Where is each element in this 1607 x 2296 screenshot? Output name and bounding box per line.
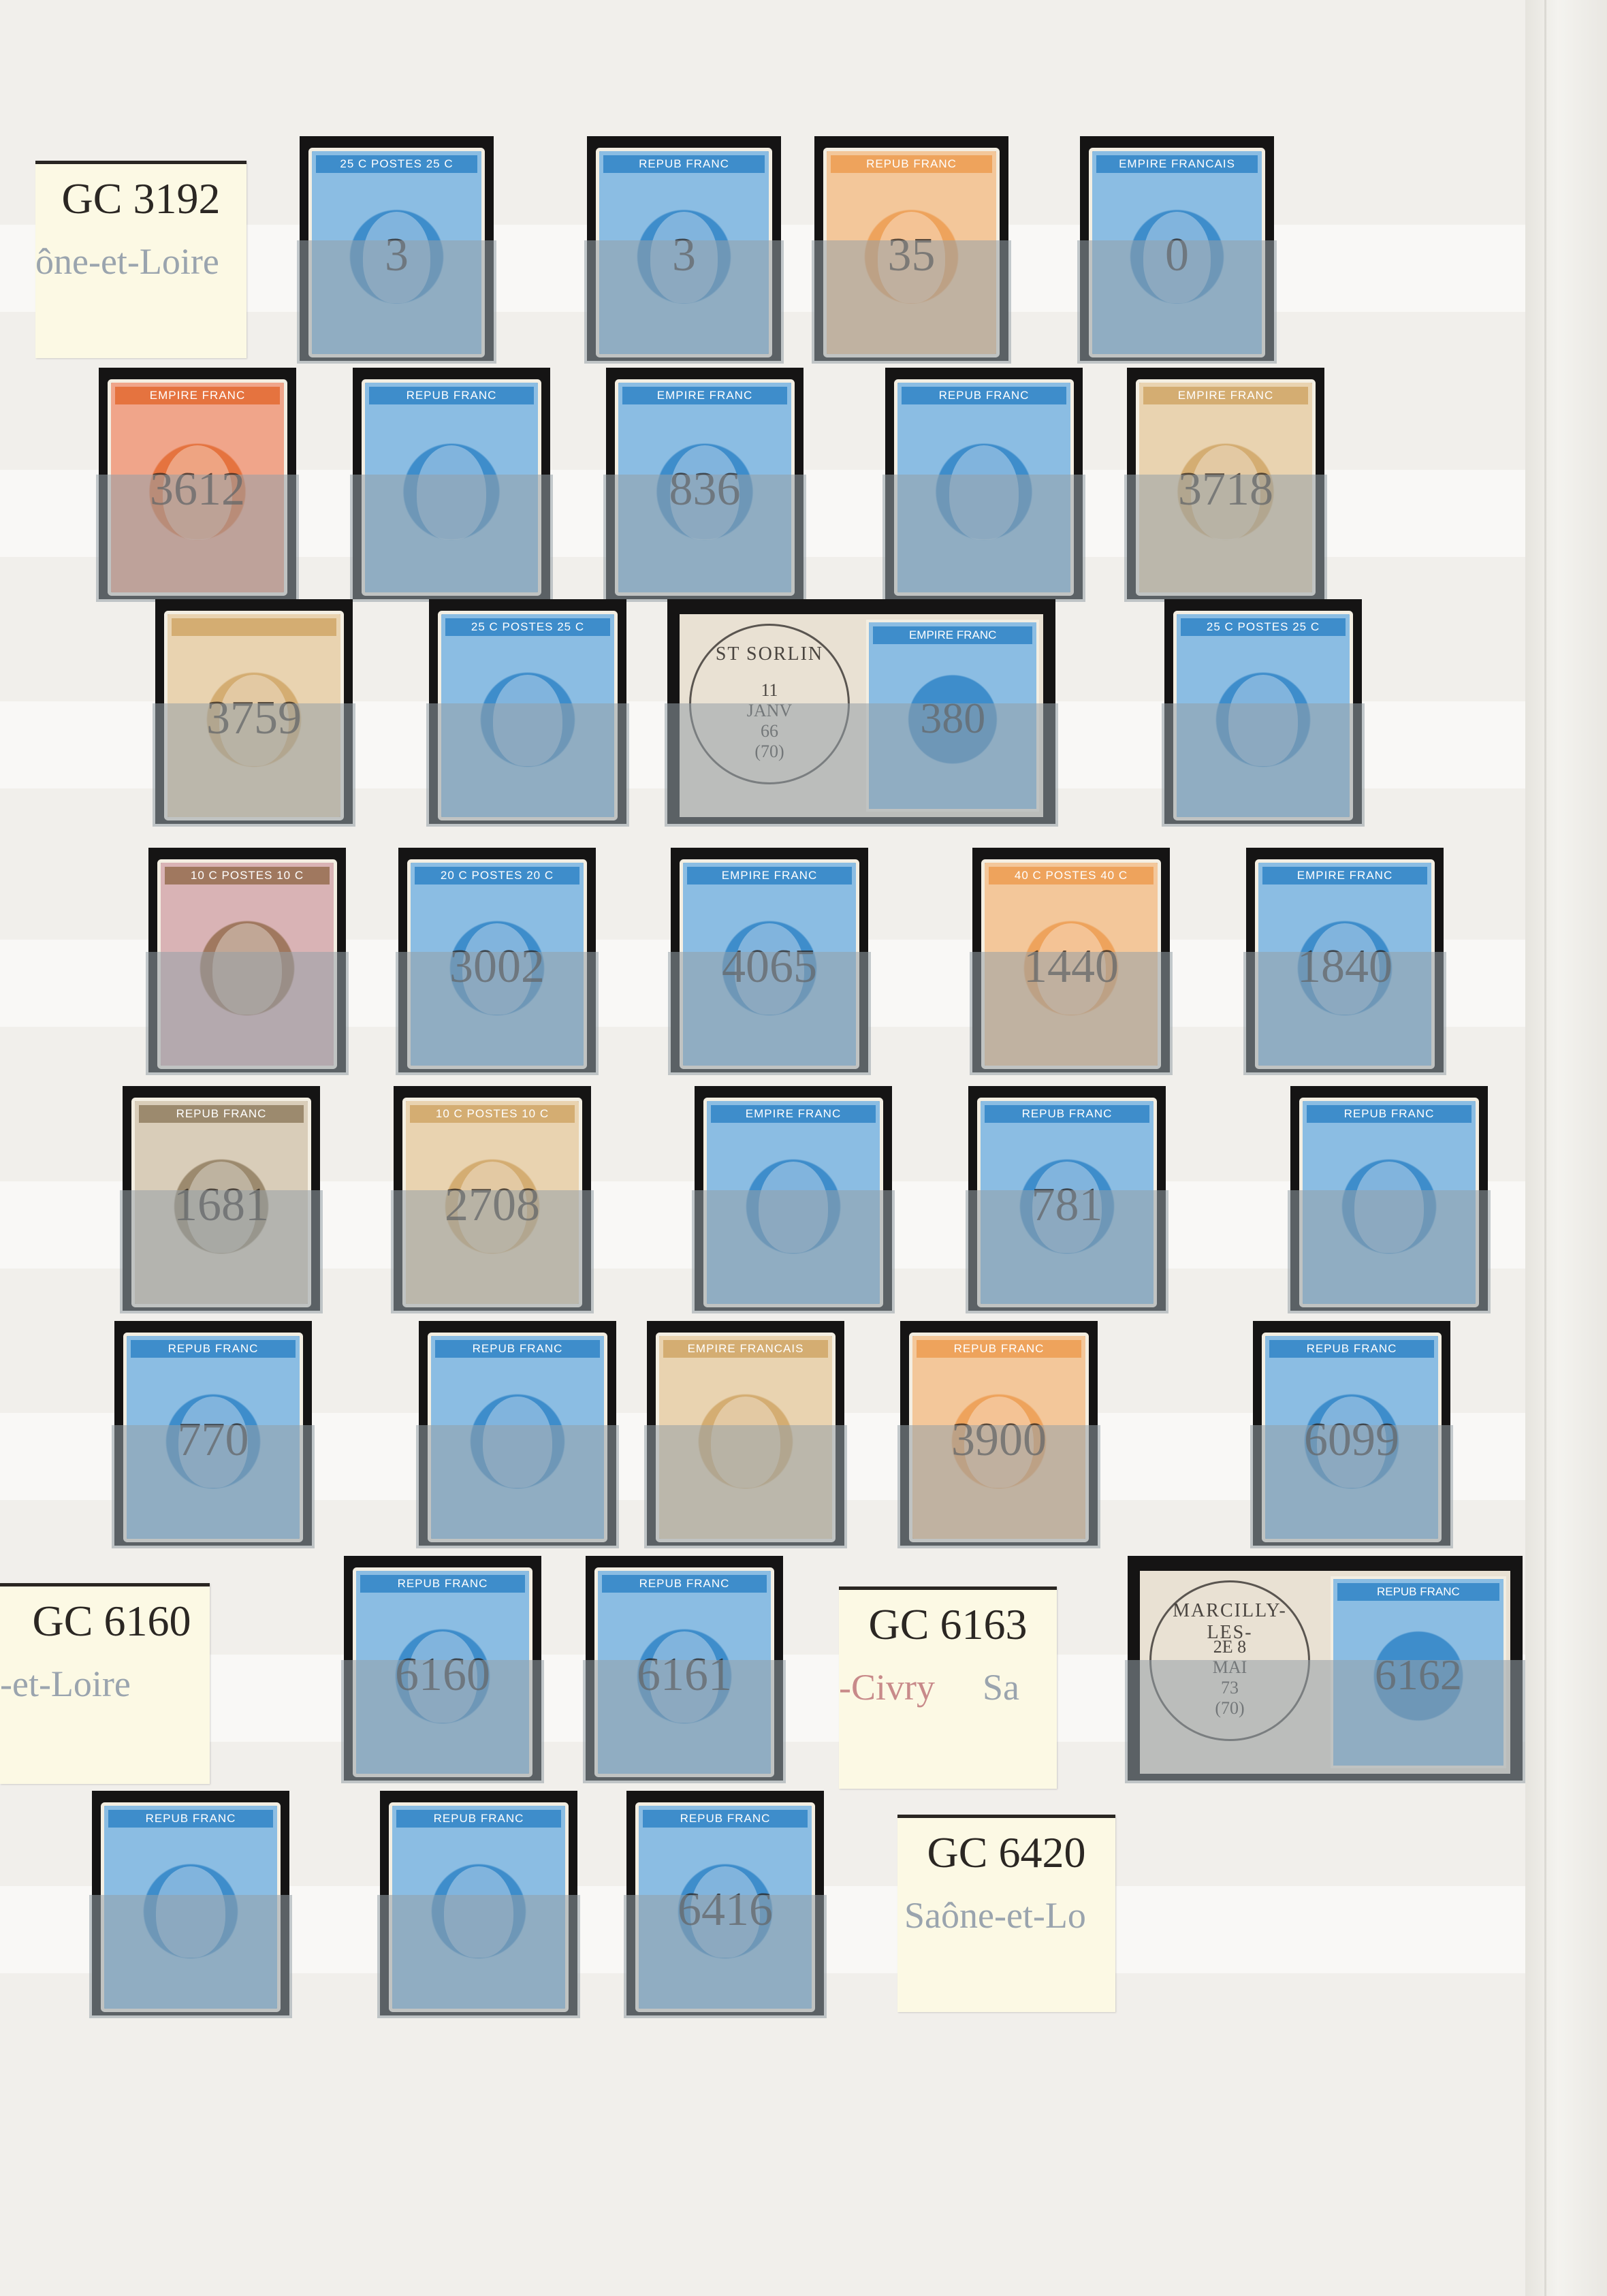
glassine-strip — [377, 1895, 580, 2019]
stamp-inscription: REPUB FRANC — [139, 1105, 304, 1123]
stamp: 20 C POSTES 20 C3002 — [398, 848, 596, 1072]
stamp-inscription: REPUB FRANC — [902, 387, 1066, 404]
stamp-inscription: EMPIRE FRANC — [115, 387, 280, 404]
glassine-strip — [1250, 1425, 1453, 1549]
stamp-inscription: 25 C POSTES 25 C — [316, 155, 477, 173]
stamp: REPUB FRANC — [419, 1321, 616, 1546]
glassine-strip — [644, 1425, 847, 1549]
glassine-strip — [112, 1425, 315, 1549]
glassine-strip — [120, 1190, 323, 1314]
glassine-strip — [583, 1660, 786, 1784]
glassine-strip — [416, 1425, 619, 1549]
glassine-strip — [341, 1660, 544, 1784]
stamp-inscription: 10 C POSTES 10 C — [410, 1105, 575, 1123]
stamp: EMPIRE FRANC3612 — [99, 368, 296, 599]
stamp-inscription: EMPIRE FRANC — [1262, 867, 1427, 884]
stamp-inscription — [172, 618, 336, 636]
stamp-inscription: EMPIRE FRANC — [687, 867, 852, 884]
glassine-strip — [153, 703, 355, 827]
stamp: REPUB FRANC781 — [968, 1086, 1166, 1311]
stamp-inscription: 20 C POSTES 20 C — [415, 867, 579, 884]
stamp-inscription: REPUB FRANC — [917, 1340, 1081, 1358]
gc-label: GC 3192 ône-et-Loire — [35, 161, 246, 358]
postmark-date-part: 2E 8 — [1151, 1637, 1308, 1657]
stamp-inscription: REPUB FRANC — [1307, 1105, 1471, 1123]
glassine-strip — [96, 475, 299, 602]
glassine-strip — [584, 240, 784, 364]
stamp: EMPIRE FRANC4065 — [671, 848, 868, 1072]
glassine-strip — [966, 1190, 1168, 1314]
glassine-strip — [391, 1190, 594, 1314]
stamp-on-piece: MARCILLY-LES-2E 8MAI73(70)REPUB FRANC616… — [1128, 1556, 1523, 1781]
glassine-strip — [668, 952, 871, 1076]
glassine-strip — [970, 952, 1173, 1076]
gc-code: GC 6160 — [14, 1596, 210, 1646]
glassine-strip — [882, 475, 1085, 602]
glassine-strip — [350, 475, 553, 602]
department-name-partial: Sa — [983, 1667, 1019, 1708]
stamp: 10 C POSTES 10 C — [148, 848, 346, 1072]
glassine-strip — [1243, 952, 1446, 1076]
stamp-inscription: REPUB FRANC — [831, 155, 992, 173]
gc-code: GC 6420 — [897, 1828, 1115, 1878]
stamp-inscription: REPUB FRANC — [360, 1575, 525, 1593]
gc-label: GC 6420 Saône-et-Lo — [897, 1815, 1115, 2012]
stamp: REPUB FRANC — [353, 368, 550, 599]
gc-label: GC 6163 -CivrySa — [839, 1587, 1057, 1789]
stamp: REPUB FRANC1681 — [123, 1086, 320, 1311]
stamp: REPUB FRANC770 — [114, 1321, 312, 1546]
stamp-inscription: EMPIRE FRANC — [1143, 387, 1308, 404]
stamp: EMPIRE FRANC3718 — [1127, 368, 1324, 599]
glassine-strip — [146, 952, 349, 1076]
postmark-date-part: 11 — [691, 680, 848, 701]
stamp: REPUB FRANC6099 — [1253, 1321, 1450, 1546]
stamp-inscription: EMPIRE FRANC — [873, 626, 1032, 644]
glassine-strip — [692, 1190, 895, 1314]
stamp-inscription: REPUB FRANC — [369, 387, 534, 404]
stamp: 25 C POSTES 25 C — [1164, 599, 1362, 824]
gc-label: GC 6160 -et-Loire — [0, 1583, 210, 1784]
glassine-strip — [426, 703, 629, 827]
stamp: REPUB FRANC — [885, 368, 1083, 599]
department-name: -CivrySa — [839, 1666, 1019, 1708]
stamp: EMPIRE FRANCAIS — [647, 1321, 844, 1546]
glassine-strip — [89, 1895, 292, 2019]
glassine-strip — [812, 240, 1011, 364]
binding-line — [1544, 0, 1546, 2296]
glassine-strip — [1124, 475, 1327, 602]
stamp-inscription: EMPIRE FRANC — [622, 387, 787, 404]
stamp-inscription: 25 C POSTES 25 C — [445, 618, 610, 636]
stamp-inscription: REPUB FRANC — [396, 1810, 561, 1828]
stamp-inscription: 40 C POSTES 40 C — [989, 867, 1153, 884]
stamp-inscription: REPUB FRANC — [985, 1105, 1149, 1123]
stamp-inscription: EMPIRE FRANC — [711, 1105, 876, 1123]
stamp: 25 C POSTES 25 C — [429, 599, 626, 824]
stamp-inscription: REPUB FRANC — [1337, 1583, 1499, 1601]
stamp: 40 C POSTES 40 C1440 — [972, 848, 1170, 1072]
gc-code: GC 6163 — [839, 1599, 1057, 1650]
stamp-inscription: EMPIRE FRANCAIS — [663, 1340, 828, 1358]
gc-code: GC 3192 — [35, 174, 246, 224]
stamp: REPUB FRANC — [92, 1791, 289, 2015]
stamp: REPUB FRANC6161 — [586, 1556, 783, 1781]
stamp-inscription: EMPIRE FRANCAIS — [1096, 155, 1258, 173]
stamp: REPUB FRANC — [380, 1791, 577, 2015]
stamp-inscription: 10 C POSTES 10 C — [165, 867, 330, 884]
stamp: REPUB FRANC6160 — [344, 1556, 541, 1781]
department-name: ône-et-Loire — [35, 240, 219, 283]
glassine-strip — [1162, 703, 1365, 827]
stamp: EMPIRE FRANC1840 — [1246, 848, 1444, 1072]
stamp-on-piece: ST SORLIN11JANV66(70)EMPIRE FRANC380 — [667, 599, 1055, 824]
stamp-inscription: REPUB FRANC — [603, 155, 765, 173]
stamp: 3759 — [155, 599, 353, 824]
glassine-strip — [1288, 1190, 1491, 1314]
glassine-strip — [1077, 240, 1277, 364]
stamp: EMPIRE FRANC — [695, 1086, 892, 1311]
stamp: REPUB FRANC — [1290, 1086, 1488, 1311]
stamp: EMPIRE FRANC836 — [606, 368, 803, 599]
glassine-strip — [665, 703, 1058, 827]
stamp-inscription: REPUB FRANC — [1269, 1340, 1434, 1358]
postmark-town: ST SORLIN — [691, 643, 848, 665]
page-binding — [1525, 0, 1607, 2296]
town-name: -Civry — [839, 1667, 935, 1708]
department-name: Saône-et-Lo — [904, 1894, 1086, 1936]
glassine-strip — [897, 1425, 1100, 1549]
stamp: 10 C POSTES 10 C2708 — [394, 1086, 591, 1311]
stamp-inscription: 25 C POSTES 25 C — [1181, 618, 1346, 636]
glassine-strip — [624, 1895, 827, 2019]
department-name: -et-Loire — [0, 1663, 131, 1705]
stamp-inscription: REPUB FRANC — [643, 1810, 808, 1828]
stamp-inscription: REPUB FRANC — [602, 1575, 767, 1593]
stamp: EMPIRE FRANCAIS0 — [1080, 136, 1274, 361]
glassine-strip — [603, 475, 806, 602]
glassine-strip — [297, 240, 496, 364]
glassine-strip — [396, 952, 599, 1076]
stamp: REPUB FRANC6416 — [626, 1791, 824, 2015]
stamp-inscription: REPUB FRANC — [435, 1340, 600, 1358]
stamp: REPUB FRANC3900 — [900, 1321, 1098, 1546]
stamp: 25 C POSTES 25 C3 — [300, 136, 494, 361]
stamp: REPUB FRANC3 — [587, 136, 781, 361]
stamp-inscription: REPUB FRANC — [131, 1340, 296, 1358]
stamp: REPUB FRANC35 — [814, 136, 1008, 361]
stamp-inscription: REPUB FRANC — [108, 1810, 273, 1828]
glassine-strip — [1125, 1660, 1525, 1784]
